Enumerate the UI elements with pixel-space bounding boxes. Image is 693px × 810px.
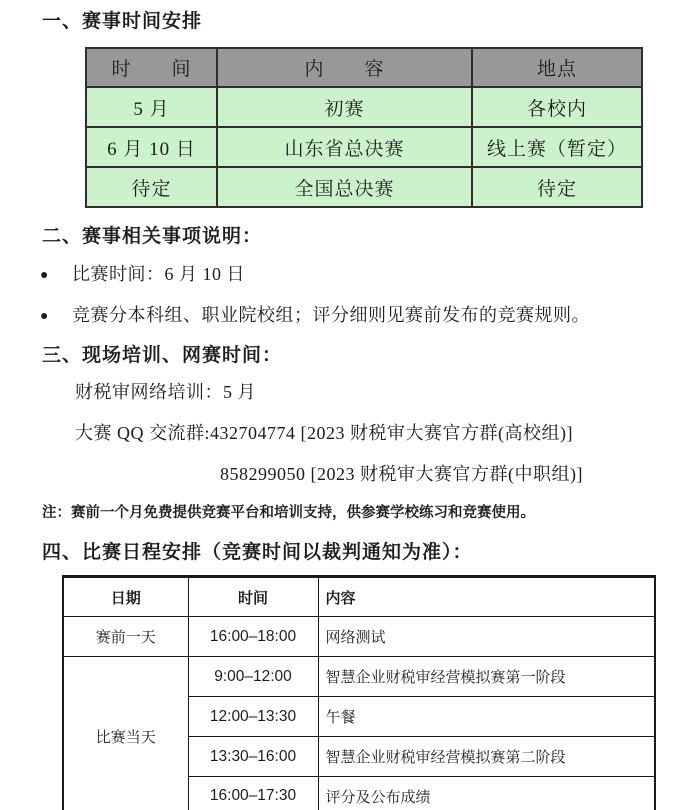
agenda-time-cell: 16:00–18:00 <box>188 617 318 657</box>
table-cell: 各校内 <box>472 87 642 127</box>
list-item: ●比赛时间：6 月 10 日 <box>40 263 693 287</box>
agenda-content-cell: 网络测试 <box>318 617 655 657</box>
agenda-content-cell: 智慧企业财税审经营模拟赛第一阶段 <box>318 657 655 697</box>
table-cell: 线上赛（暂定） <box>472 127 642 167</box>
footnote: 注：赛前一个月免费提供竞赛平台和培训支持，供参赛学校练习和竞赛使用。 <box>42 503 693 523</box>
bullet-icon: ● <box>40 264 72 287</box>
table-cell: 全国总决赛 <box>217 167 472 207</box>
agenda-header-row: 日期 时间 内容 <box>63 577 655 617</box>
schedule-header-time: 时 间 <box>86 48 217 87</box>
section-1-title: 一、赛事时间安排 <box>42 10 693 34</box>
agenda-content-cell: 评分及公布成绩 <box>318 777 655 810</box>
schedule-header-content: 内 容 <box>217 48 472 87</box>
table-row: 待定 全国总决赛 待定 <box>86 167 642 207</box>
table-row: 比赛当天 9:00–12:00 智慧企业财税审经营模拟赛第一阶段 <box>63 657 655 697</box>
table-cell: 待定 <box>86 167 217 207</box>
table-row: 5 月 初赛 各校内 <box>86 87 642 127</box>
table-cell: 5 月 <box>86 87 217 127</box>
section-4-title: 四、比赛日程安排（竞赛时间以裁判通知为准）： <box>42 541 693 565</box>
document-page: 一、赛事时间安排 时 间 内 容 地点 5 月 初赛 各校内 6 月 10 日 … <box>0 0 693 810</box>
qq-group-line-vocational: 858299050 [2023 财税审大赛官方群(中职组)] <box>220 463 693 486</box>
section-3-title: 三、现场培训、网赛时间： <box>42 344 693 368</box>
qq-group-line-college: 大赛 QQ 交流群:432704774 [2023 财税审大赛官方群(高校组)] <box>75 422 693 445</box>
agenda-time-cell: 16:00–17:30 <box>188 777 318 810</box>
agenda-date-cell: 比赛当天 <box>63 657 188 810</box>
daily-agenda-table: 日期 时间 内容 赛前一天 16:00–18:00 网络测试 比赛当天 9:00… <box>62 575 656 810</box>
agenda-time-cell: 12:00–13:30 <box>188 697 318 737</box>
table-cell: 6 月 10 日 <box>86 127 217 167</box>
schedule-header-location: 地点 <box>472 48 642 87</box>
list-item: ●竞赛分本科组、职业院校组；评分细则见赛前发布的竞赛规则。 <box>40 304 693 328</box>
agenda-content-cell: 智慧企业财税审经营模拟赛第二阶段 <box>318 737 655 777</box>
agenda-date-cell: 赛前一天 <box>63 617 188 657</box>
table-row: 赛前一天 16:00–18:00 网络测试 <box>63 617 655 657</box>
bullet-icon: ● <box>40 305 72 328</box>
agenda-header-date: 日期 <box>63 577 188 617</box>
event-schedule-table: 时 间 内 容 地点 5 月 初赛 各校内 6 月 10 日 山东省总决赛 线上… <box>85 47 643 208</box>
agenda-content-cell: 午餐 <box>318 697 655 737</box>
agenda-header-time: 时间 <box>188 577 318 617</box>
training-time-line: 财税审网络培训：5 月 <box>75 381 693 404</box>
schedule-header-row: 时 间 内 容 地点 <box>86 48 642 87</box>
agenda-header-content: 内容 <box>318 577 655 617</box>
bullet-text-match-time: 比赛时间：6 月 10 日 <box>72 264 245 284</box>
table-cell: 待定 <box>472 167 642 207</box>
agenda-time-cell: 9:00–12:00 <box>188 657 318 697</box>
agenda-time-cell: 13:30–16:00 <box>188 737 318 777</box>
table-cell: 初赛 <box>217 87 472 127</box>
section-2-title: 二、赛事相关事项说明： <box>42 225 693 249</box>
table-cell: 山东省总决赛 <box>217 127 472 167</box>
bullet-text-groups: 竞赛分本科组、职业院校组；评分细则见赛前发布的竞赛规则。 <box>72 305 590 325</box>
table-row: 6 月 10 日 山东省总决赛 线上赛（暂定） <box>86 127 642 167</box>
